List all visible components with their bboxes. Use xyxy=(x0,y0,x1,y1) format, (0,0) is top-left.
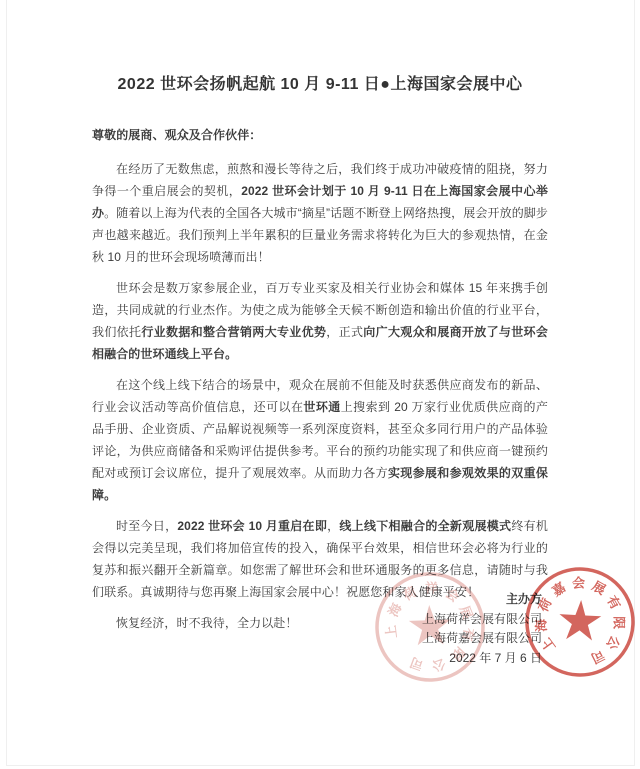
seal-character: 有 xyxy=(604,593,623,612)
letter-page: 2022 世环会扬帆起航 10 月 9-11 日●上海国家会展中心 尊敬的展商、… xyxy=(0,0,640,769)
signature-org-2: 上海荷嘉会展有限公司 xyxy=(422,629,542,649)
signature-block: 主办方 上海荷祥会展有限公司 上海荷嘉会展有限公司 2022 年 7 月 6 日 xyxy=(422,590,542,668)
page-title: 2022 世环会扬帆起航 10 月 9-11 日●上海国家会展中心 xyxy=(92,74,548,96)
star-icon xyxy=(558,599,602,641)
seal-character: 展 xyxy=(590,578,609,597)
seal-character: 嘉 xyxy=(549,579,568,599)
signature-label: 主办方 xyxy=(422,590,542,610)
signature-org-1: 上海荷祥会展有限公司 xyxy=(422,610,542,630)
seal-character: 限 xyxy=(611,616,626,629)
paragraph: 在经历了无数焦虑，煎熬和漫长等待之后，我们终于成功冲破疫情的阻挠，努力争得一个重… xyxy=(92,158,548,268)
letter-body: 2022 世环会扬帆起航 10 月 9-11 日●上海国家会展中心 尊敬的展商、… xyxy=(92,74,548,634)
paragraph: 世环会是数万家参展企业，百万专业买家及相关行业协会和媒体 15 年来携手创造，共… xyxy=(92,277,548,365)
seal-character: 司 xyxy=(589,647,607,666)
seal-character: 公 xyxy=(603,633,623,653)
signature-date: 2022 年 7 月 6 日 xyxy=(422,649,542,669)
salutation: 尊敬的展商、观众及合作伙伴： xyxy=(92,126,548,144)
paragraph: 在这个线上线下结合的场景中，观众在展前不但能及时获悉供应商发布的新品、行业会议活… xyxy=(92,374,548,506)
seal-character: 会 xyxy=(572,575,586,590)
